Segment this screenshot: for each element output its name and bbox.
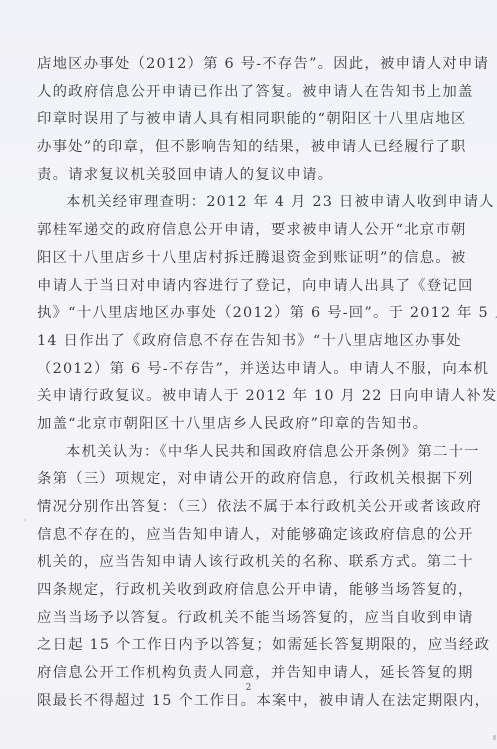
text-line: 条第（三）项规定，对申请公开的政府信息，行政机关根据下列 [37, 466, 457, 494]
text-line: 执》“十八里店地区办事处（2012）第 6 号-回”。于 2012 年 5 月 [37, 300, 457, 328]
text-line: 印章时误用了与被申请人具有相同职能的“朝阳区十八里店地区 [37, 106, 457, 134]
text-line: 机关的，应当告知申请人该行政机关的名称、联系方式。第二十 [37, 549, 457, 577]
scan-speck [24, 519, 26, 521]
text-line: 应当当场予以答复。行政机关不能当场答复的，应当自收到申请 [37, 605, 457, 633]
text-line: 关申请行政复议。被申请人于 2012 年 10 月 22 日向申请人补发了 [37, 383, 457, 411]
text-line: 责。请求复议机关驳回申请人的复议申请。 [37, 162, 457, 190]
text-line: 加盖“北京市朝阳区十八里店乡人民政府”印章的告知书。 [37, 411, 457, 439]
text-line: 店地区办事处（2012）第 6 号-不存告”。因此，被申请人对申请 [37, 51, 457, 79]
scan-speck [265, 281, 267, 283]
text-line: 阳区十八里店乡十八里店村拆迁腾退资金到账证明”的信息。被 [37, 245, 457, 273]
text-line: （2012）第 6 号-不存告”，并送达申请人。申请人不服，向本机 [37, 356, 457, 384]
scan-speck [493, 735, 496, 740]
text-line: 之日起 15 个工作日内予以答复；如需延长答复期限的，应当经政 [37, 632, 457, 660]
text-line: 办事处”的印章，但不影响告知的结果，被申请人已经履行了职 [37, 134, 457, 162]
text-line: 郭桂军递交的政府信息公开申请，要求被申请人公开“北京市朝 [37, 217, 457, 245]
text-line: 人的政府信息公开申请已作出了答复。被申请人在告知书上加盖 [37, 79, 457, 107]
text-line: 情况分别作出答复：（三）依法不属于本行政机关公开或者该政府 [37, 494, 457, 522]
page-number: 2 [0, 683, 497, 693]
paragraph-first-line: 本机关经审理查明：2012 年 4 月 23 日被申请人收到申请人 [37, 189, 457, 217]
document-page: 店地区办事处（2012）第 6 号-不存告”。因此，被申请人对申请 人的政府信息… [0, 0, 497, 749]
text-line: 信息不存在的，应当告知申请人，对能够确定该政府信息的公开 [37, 522, 457, 550]
paragraph-first-line: 本机关认为：《中华人民共和国政府信息公开条例》第二十一 [37, 439, 457, 467]
document-body: 店地区办事处（2012）第 6 号-不存告”。因此，被申请人对申请 人的政府信息… [37, 51, 457, 716]
text-line: 申请人于当日对申请内容进行了登记，向申请人出具了《登记回 [37, 273, 457, 301]
text-line: 四条规定，行政机关收到政府信息公开申请，能够当场答复的， [37, 577, 457, 605]
text-line: 14 日作出了《政府信息不存在告知书》“十八里店地区办事处 [37, 328, 457, 356]
